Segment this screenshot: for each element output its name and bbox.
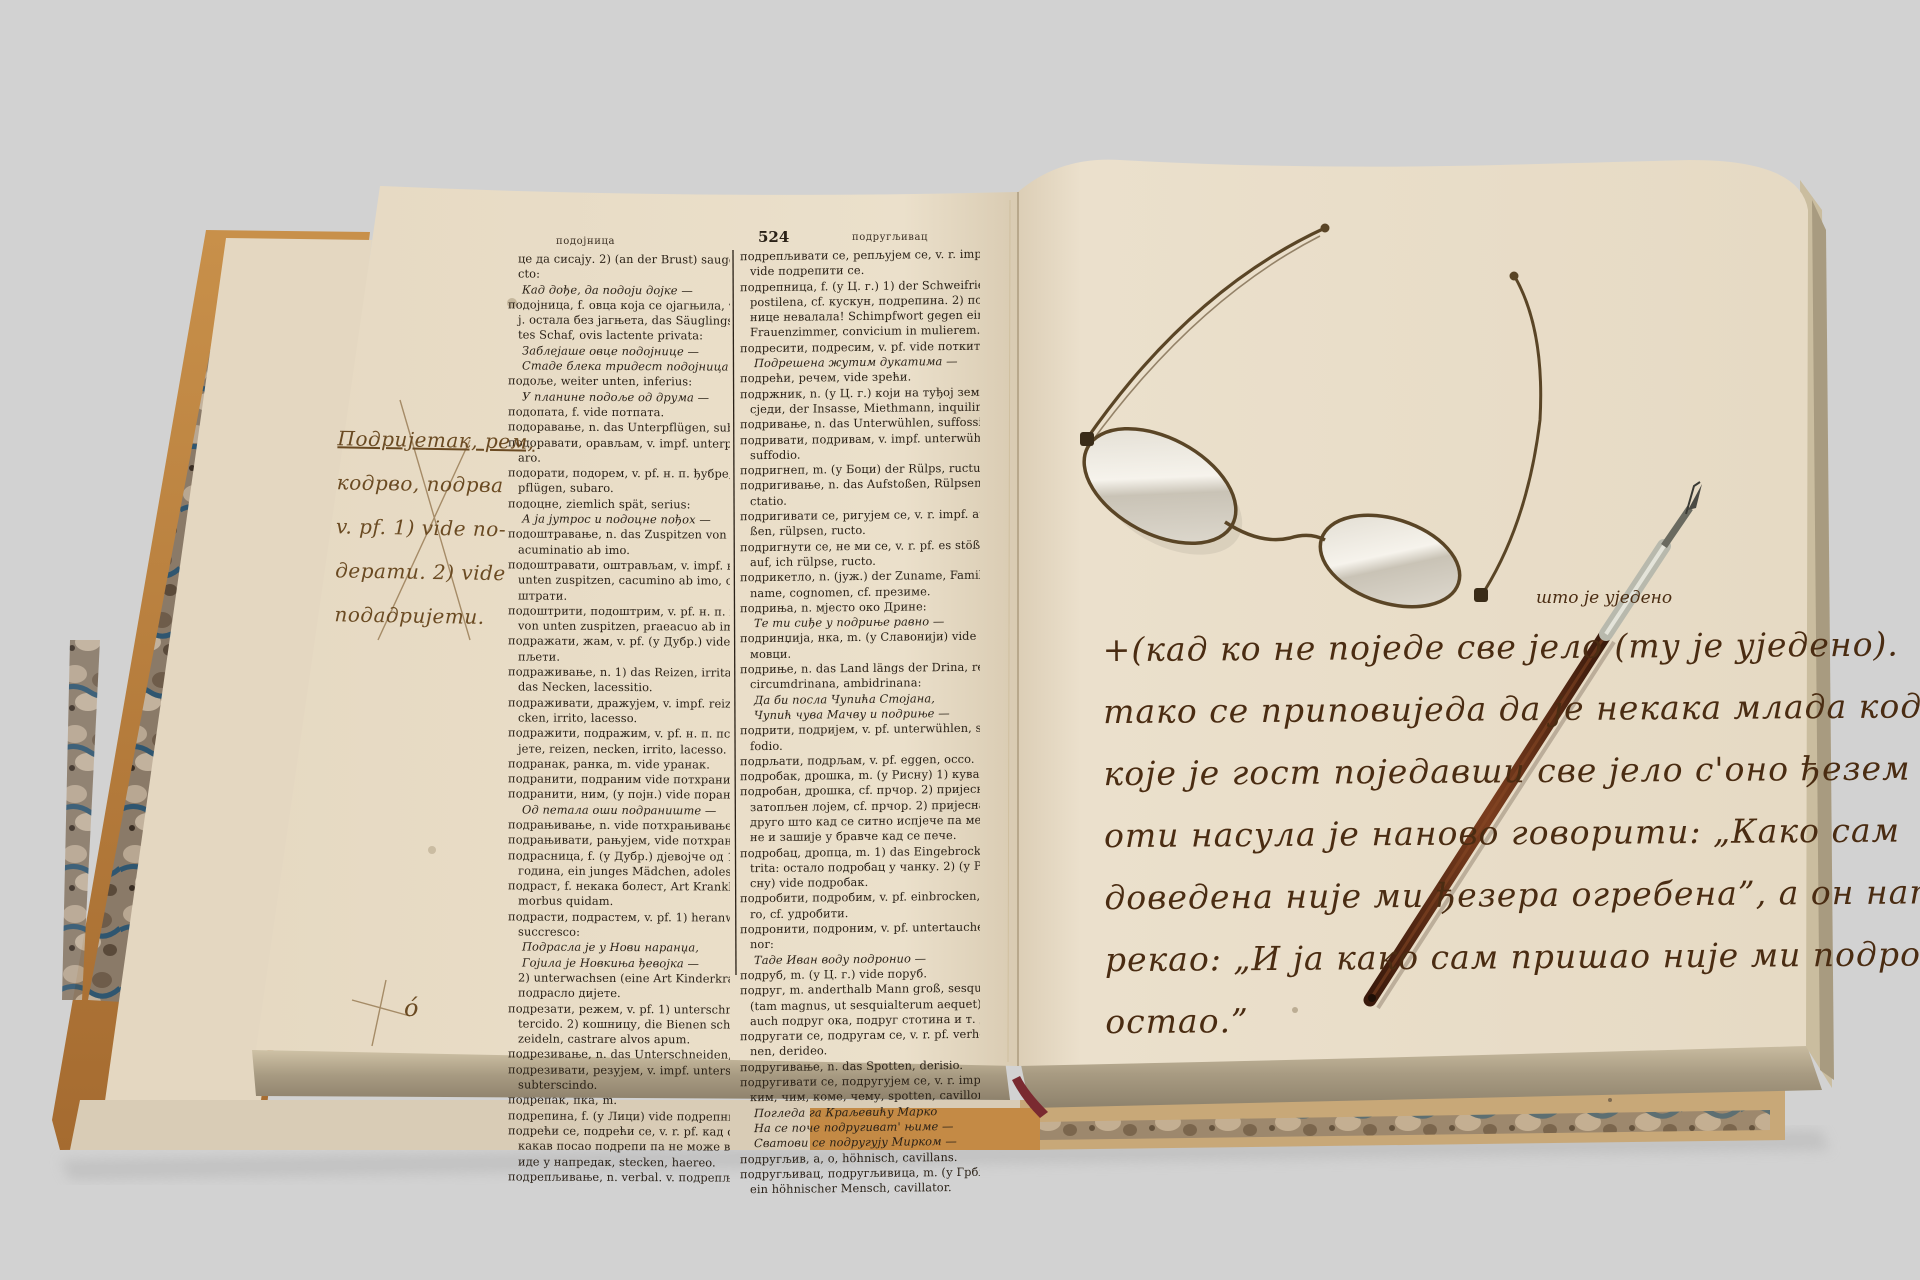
dictionary-line: Подрасла је у Нови наранџа, bbox=[508, 940, 730, 956]
dictionary-line: unten zuspitzen, cacumino ab imo, cf. по… bbox=[508, 573, 730, 589]
dictionary-line: 2) unterwachsen (eine Art Kinderkrankhei… bbox=[508, 970, 730, 986]
dictionary-line: подражити, подражим, v. pf. н. п. псето,… bbox=[508, 726, 730, 742]
dictionary-line: acuminatio ab imo. bbox=[508, 542, 730, 558]
dictionary-line: pflügen, subaro. bbox=[508, 481, 730, 497]
photo-scene: подојница 524 подругљивац це да сисају. … bbox=[0, 0, 1920, 1280]
dictionary-line: das Necken, lacessitio. bbox=[508, 680, 730, 696]
dictionary-line: подрањивање, n. vide потхрањивање. bbox=[508, 817, 730, 833]
dictionary-line: подрепина, f. (у Лици) vide подрепница 1… bbox=[508, 1108, 730, 1124]
handwritten-insertion: што је уједено bbox=[1536, 588, 1672, 608]
dictionary-line: Гојила је Новкиња ђевојка — bbox=[508, 955, 730, 971]
dictionary-line: cto: bbox=[508, 267, 730, 283]
dictionary-line: Од петала оши подраниште — bbox=[508, 802, 730, 818]
dictionary-line: подрасти, подрастем, v. pf. 1) heranwach… bbox=[508, 909, 730, 925]
dictionary-line: trita: остало подробац у чанку. 2) (у Ри… bbox=[740, 859, 980, 877]
dictionary-line: von unten zuspitzen, praeacuo ab imo. bbox=[508, 619, 730, 635]
dictionary-line: подраживање, n. 1) das Reizen, irritatio… bbox=[508, 664, 730, 680]
dictionary-line: це да сисају. 2) (an der Brust) saugen, … bbox=[508, 251, 730, 267]
handwritten-line: доведена није ми ђезера огребена”, а он … bbox=[1104, 861, 1920, 929]
dictionary-line: подронити, подроним, v. pf. untertauchen… bbox=[740, 920, 980, 938]
dictionary-line: подрезивати, резујем, v. impf. unterschn… bbox=[508, 1062, 730, 1078]
handwritten-entry: +(кад ко не поједе све јело (ту је уједе… bbox=[1102, 613, 1920, 1053]
running-head-right: подругљивац bbox=[852, 232, 928, 243]
dictionary-line: какав посао подрепи па не може више да bbox=[508, 1139, 730, 1155]
dictionary-line: подоље, weiter unten, inferius: bbox=[508, 374, 730, 390]
page-number: 524 bbox=[758, 228, 789, 246]
dictionary-line: подриње, n. das Land längs der Drina, re… bbox=[740, 660, 980, 678]
margin-mark: ó bbox=[404, 994, 419, 1022]
dictionary-line: подорати, подорем, v. pf. н. п. ђубре, u… bbox=[508, 466, 730, 482]
dictionary-line: tes Schaf, ovis lactente privata: bbox=[508, 328, 730, 344]
dictionary-line: ј. остала без јагњета, das Säuglings ber… bbox=[508, 313, 730, 329]
dictionary-line: подрепљивање, n. verbal. v. подрепљивати… bbox=[508, 1169, 730, 1185]
dictionary-line: штрати. bbox=[508, 588, 730, 604]
dictionary-line: подоштрити, подоштрим, v. pf. н. п. кола… bbox=[508, 603, 730, 619]
margin-note-line: кодрво, подрва bbox=[336, 460, 534, 507]
dictionary-line: подражати, жам, v. pf. (у Дубр.) vide по… bbox=[508, 634, 730, 650]
dictionary-line: подрепљивати се, репљујем се, v. r. impf… bbox=[740, 247, 980, 265]
dictionary-line: подопата, f. vide потпата. bbox=[508, 404, 730, 420]
dictionary-line: подригивати се, ригујем се, v. r. impf. … bbox=[740, 507, 980, 525]
dictionary-line: подрећи се, подрећи се, v. r. pf. кад се bbox=[508, 1123, 730, 1139]
dictionary-line: zeideln, castrare alvos apum. bbox=[508, 1032, 730, 1048]
dictionary-line: Стаде блека тридест подојница — bbox=[508, 358, 730, 374]
dictionary-line: година, ein junges Mädchen, adolescentul… bbox=[508, 863, 730, 879]
dictionary-line: подробити, подробим, v. pf. einbrocken, … bbox=[740, 889, 980, 907]
dictionary-line: подригивање, n. das Aufstoßen, Rülpsen, … bbox=[740, 476, 980, 494]
dictionary-line: иде у напредак, stecken, haereo. bbox=[508, 1154, 730, 1170]
handwritten-line: остао.” bbox=[1105, 985, 1920, 1053]
dictionary-line: Кад дође, да подоји дојке — bbox=[508, 282, 730, 298]
dictionary-line: подраст, f. некака болест, Art Krankheit… bbox=[508, 879, 730, 895]
dictionary-line: подрасло дијете. bbox=[508, 986, 730, 1002]
handwritten-line: рекао: „И ја како сам пришао није ми под… bbox=[1105, 923, 1920, 991]
dictionary-line: подојница, f. овца која се ојагњила, т. bbox=[508, 297, 730, 313]
dictionary-line: јете, reizen, necken, irrito, lacesso. bbox=[508, 741, 730, 757]
handwritten-line: које је гост поједавши све јело с'оно ђе… bbox=[1103, 737, 1920, 805]
margin-note-line: подадријети. bbox=[334, 592, 532, 639]
dictionary-line: подрезивање, n. das Unterschneiden, subt… bbox=[508, 1047, 730, 1063]
dictionary-line: Сватови се подругују Мирком — bbox=[740, 1134, 980, 1152]
dictionary-line: Заблејаше овце подојнице — bbox=[508, 343, 730, 359]
dictionary-line: подривати, подривам, v. impf. unterwühle… bbox=[740, 430, 980, 448]
handwritten-line: тако се приповиједа да је некака млада к… bbox=[1103, 675, 1920, 743]
dictionary-line: cken, irrito, lacesso. bbox=[508, 710, 730, 726]
dictionary-line: подоцне, ziemlich spät, serius: bbox=[508, 496, 730, 512]
dictionary-line: succresco: bbox=[508, 924, 730, 940]
dictionary-line: подригнути се, не ми се, v. r. pf. es st… bbox=[740, 537, 980, 555]
dictionary-line: У планине подоље од друма — bbox=[508, 389, 730, 405]
dictionary-column-1: це да сисају. 2) (an der Brust) saugen, … bbox=[508, 251, 730, 1185]
dictionary-line: подоравање, n. das Unterpflügen, subarat… bbox=[508, 420, 730, 436]
dictionary-line: подрасница, f. (у Дубр.) дјевојче од 10—… bbox=[508, 848, 730, 864]
dictionary-line: подрезати, режем, v. pf. 1) unterschneid… bbox=[508, 1001, 730, 1017]
dictionary-line: подоштравање, n. das Zuspitzen von unten… bbox=[508, 527, 730, 543]
dictionary-line: подранити, ним, (у пoјн.) vide поранити: bbox=[508, 787, 730, 803]
dictionary-line: morbus quidam. bbox=[508, 894, 730, 910]
margin-note-line: дерати. 2) vide bbox=[335, 548, 533, 595]
dictionary-line: подрикетло, n. (јуж.) der Zuname, Famili… bbox=[740, 568, 980, 586]
dictionary-line: подругати се, подругам се, v. r. pf. ver… bbox=[740, 1027, 980, 1045]
dictionary-line: пљети. bbox=[508, 649, 730, 665]
margin-note-line: Подријетак, рем, bbox=[337, 416, 535, 463]
dictionary-line: подринџија, нка, m. (у Славонији) vide д… bbox=[740, 629, 980, 647]
dictionary-line: подоштравати, оштрављам, v. impf. н. п. … bbox=[508, 557, 730, 573]
margin-handwritten-note: Подријетак, рем,кодрво, подрваv. pf. 1) … bbox=[334, 416, 535, 639]
dictionary-line: подрепак, пка, m. bbox=[508, 1093, 730, 1109]
dictionary-line: подраживати, дражујем, v. impf. reizen, … bbox=[508, 695, 730, 711]
dictionary-line: подрањивати, рањујем, vide потхрањивати. bbox=[508, 833, 730, 849]
dictionary-line: ким, чим, коме, чему, spotten, cavillor: bbox=[740, 1088, 980, 1106]
dictionary-line: subterscindo. bbox=[508, 1077, 730, 1093]
dictionary-line: А ја јутрос и подоцне пођох — bbox=[508, 511, 730, 527]
running-head-left: подојница bbox=[556, 236, 615, 247]
dictionary-line: Подрешена жутим дукатима — bbox=[740, 354, 980, 372]
dictionary-line: aro. bbox=[508, 450, 730, 466]
dictionary-line: подранак, ранка, m. vide уранак. bbox=[508, 756, 730, 772]
dictionary-line: подрити, подријем, v. pf. unterwühlen, s… bbox=[740, 721, 980, 739]
handwritten-line: оти насула је наново говорити: „Како сам bbox=[1104, 799, 1920, 867]
margin-note-line: v. pf. 1) vide по- bbox=[336, 504, 534, 551]
dictionary-line: ein höhnischer Mensch, cavillator. bbox=[740, 1180, 980, 1198]
dictionary-line: tercido. 2) кошницу, die Bienen schneide… bbox=[508, 1016, 730, 1032]
dictionary-line: подоравати, орављам, v. impf. unterpflüg… bbox=[508, 435, 730, 451]
handwritten-line: +(кад ко не поједе све јело (ту је уједе… bbox=[1102, 613, 1920, 681]
dictionary-line: подранити, подраним vide потхранити. bbox=[508, 772, 730, 788]
dictionary-column-2: подрепљивати се, репљујем се, v. r. impf… bbox=[740, 247, 980, 1198]
